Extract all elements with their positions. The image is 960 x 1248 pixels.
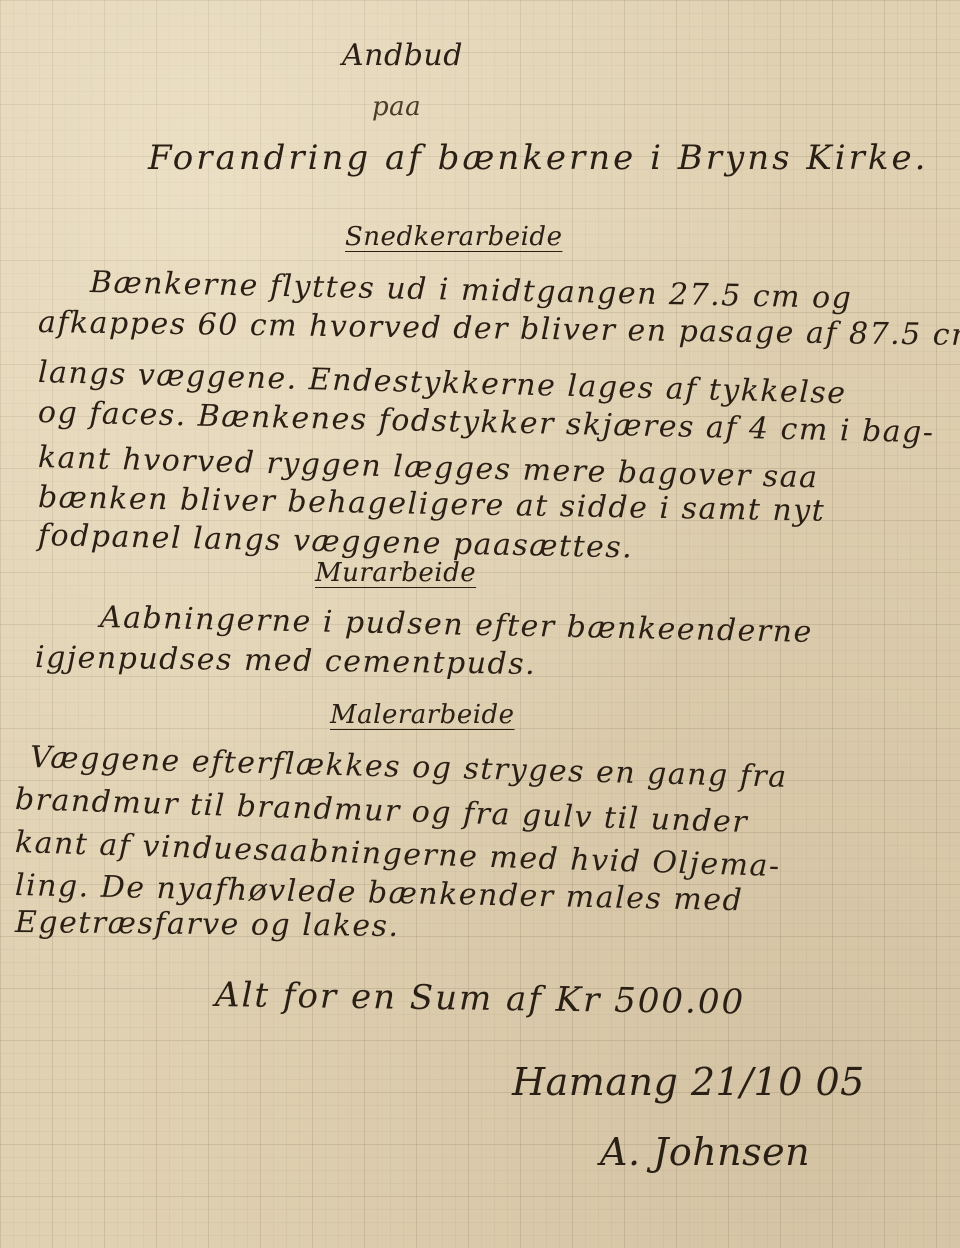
place-and-date: Hamang 21/10 05 [512,1060,865,1104]
signature: A. Johnsen [600,1130,810,1174]
text-line: igjenpudses med cementpuds. [35,640,537,682]
text-line: Egetræsfarve og lakes. [15,905,400,944]
section-heading-snedkerarbeide: Snedkerarbeide [345,222,562,252]
document-title: Andbud [342,38,463,73]
section-heading-murarbeide: Murarbeide [315,558,476,588]
section-heading-malerarbeide: Malerarbeide [330,700,515,730]
handwritten-document-page: Andbud paa Forandring af bænkerne i Bryn… [0,0,960,1248]
document-title-sub: paa [372,92,421,122]
total-sum-line: Alt for en Sum af Kr 500.00 [215,975,746,1022]
document-subject: Forandring af bænkerne i Bryns Kirke. [148,138,928,178]
